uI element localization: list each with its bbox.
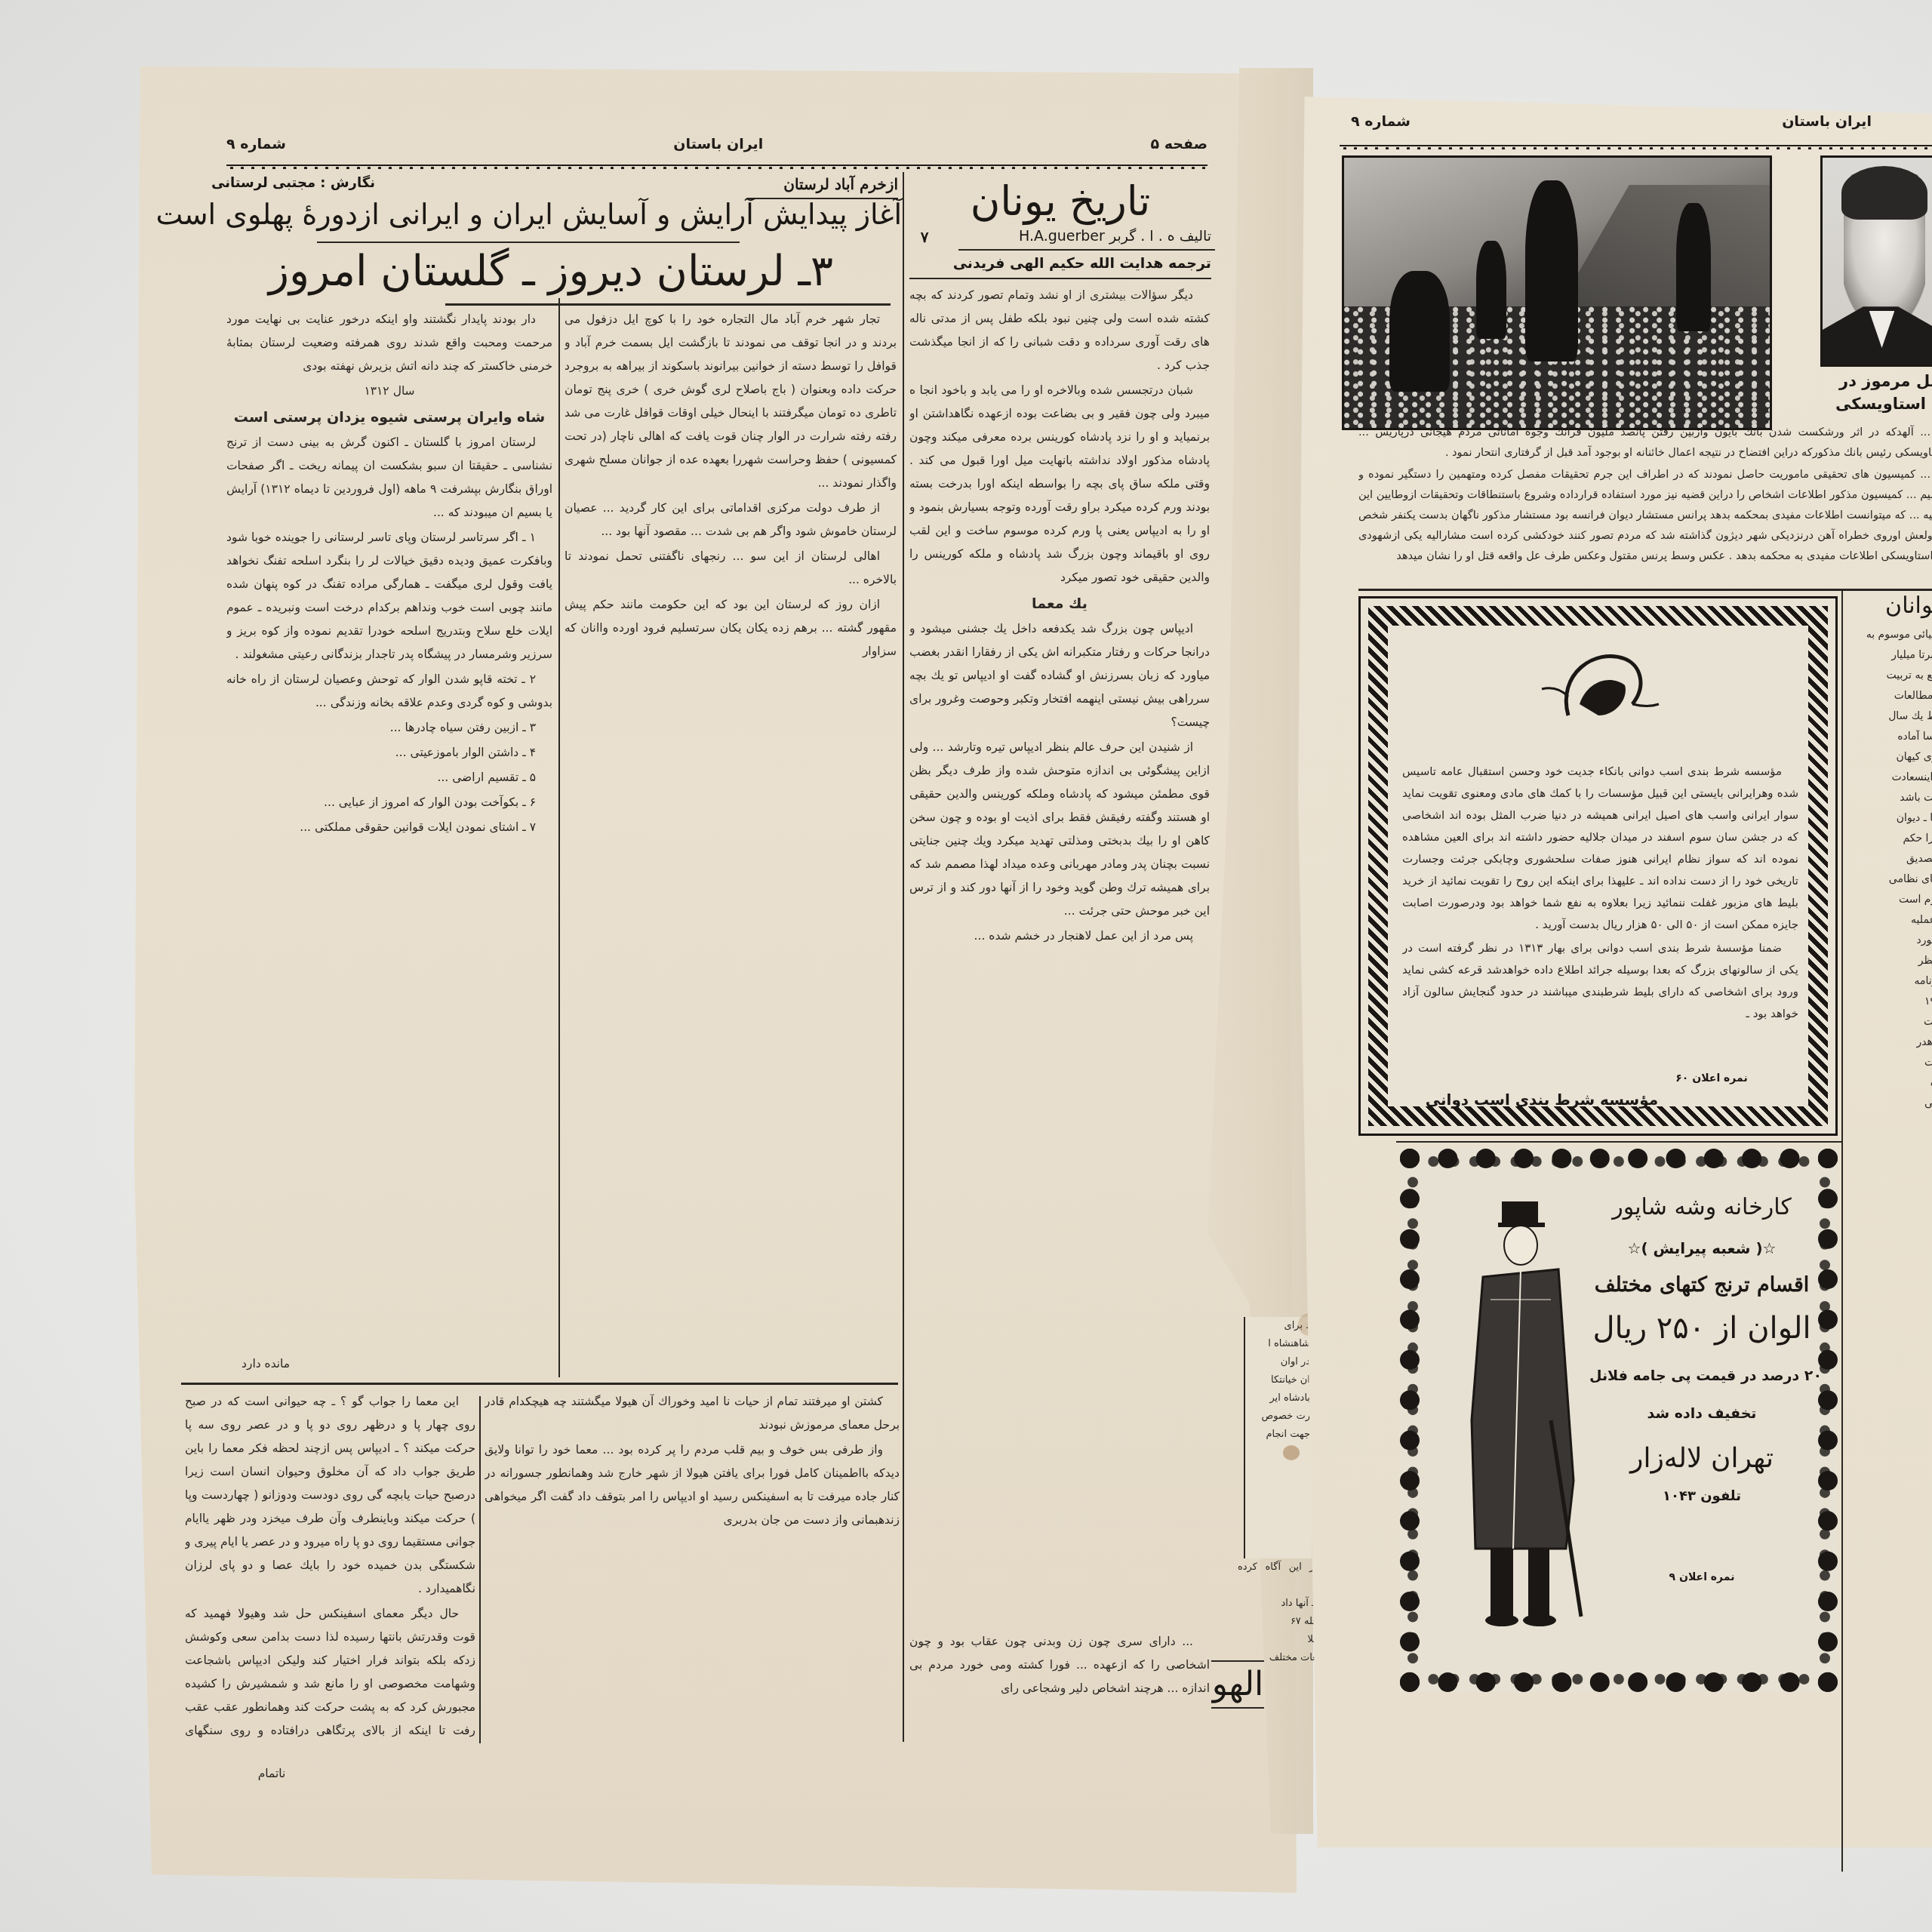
side-line: ایتالیائی موسوم به (1847, 625, 1932, 645)
side-line: فقط یك سال (1847, 706, 1932, 727)
horse-emblem-icon (1534, 644, 1663, 727)
ad-price: الوان از ۲۵۰ ریال (1585, 1311, 1819, 1346)
photo-figure (1525, 180, 1578, 361)
side-column-text: ایتالیائی موسوم به ریوبرتا میلیار راجع ب… (1847, 625, 1932, 1546)
side-line: تازه (1847, 1073, 1932, 1094)
translator-underline (909, 278, 1211, 279)
fragment-line: ان خیانتکا (1245, 1371, 1310, 1389)
lorestan-column-right: تجار شهر خرم آباد مال التجاره خود را با … (565, 308, 897, 1346)
paragraph: ۶ ـ بکوآخت بودن الوار که امروز از عبایی … (226, 791, 552, 814)
ad-number: نمره اعلان ۶۰ (1647, 1072, 1776, 1084)
caption-title-line: به استاویسکی (1796, 392, 1932, 415)
ad-company: کارخانه وشه شاپور (1589, 1194, 1815, 1220)
side-line: برخورد (1847, 931, 1932, 951)
paragraph: ۵ ـ تقسیم اراضی ... (226, 766, 552, 789)
page-header: صفحه ۵ ایران باستان شماره ۹ (226, 136, 1207, 152)
newspaper-name: ایران باستان (673, 136, 763, 152)
side-line: روزنامه (1847, 971, 1932, 992)
section-divider (1358, 589, 1932, 591)
side-line: از عملیه (1847, 910, 1932, 931)
unfinished-note: ناتمام (226, 1762, 317, 1785)
ad-line-1: اقسام ترنج کتهای مختلف (1585, 1273, 1819, 1297)
side-line: وحسا آماده (1847, 727, 1932, 747)
paragraph: شبان درتجسس شده وبالاخره او را می یابد و… (909, 379, 1210, 589)
section-subhead: یك معما (909, 592, 1210, 616)
author: تالیف ه . ا . گربر H.A.guerber (1019, 228, 1211, 245)
ad-phone: تلفون ۱۰۴۳ (1589, 1488, 1815, 1504)
dateline: ازخرم آباد لرستان (747, 175, 898, 193)
ad-line-4: تخفیف داده شد (1589, 1405, 1815, 1422)
paragraph: از طرف دولت مرکزی اقداماتی برای این کار … (565, 497, 897, 543)
header-rule (226, 165, 1207, 169)
page-header-right: ایران باستان شماره ۹ (1351, 113, 1932, 130)
fragment-line: بادشاه ایر (1245, 1389, 1310, 1407)
photo-figure (1476, 241, 1506, 339)
side-line: از نظر (1847, 951, 1932, 971)
paragraph: اهالی لرستان از این سو ... رنجهای ناگفتن… (565, 545, 897, 592)
torn-fragment: د برای شاهنشاه ا در اوان ان خیانتکا بادش… (1244, 1317, 1312, 1558)
paragraph: ضمنا مؤسسهٔ شرط بندی اسب دوانی برای بهار… (1402, 937, 1798, 1025)
paragraph: دیگر سؤالات بیشتری از او نشد وتمام تصور … (909, 284, 1210, 377)
newspaper-name: ایران باستان (1782, 113, 1872, 130)
translator: ترجمه هدایت الله حکیم الهی فریدنی (909, 255, 1211, 272)
caption-title-line: قتل مرموز در (1796, 370, 1932, 392)
paragraph: ادیپاس چون بزرگ شد یکدفعه داخل یك جشنی م… (909, 617, 1210, 734)
side-line: ریکا ـ دیوان (1847, 808, 1932, 829)
ad-tailor: کارخانه وشه شاپور ☆( شعبه پیرایش )☆ اقسا… (1400, 1149, 1838, 1692)
side-line: ازاتی (1847, 1094, 1932, 1114)
side-line: ولازم است (1847, 890, 1932, 910)
header-rule (1340, 145, 1932, 149)
fragment-line: شاهنشاه ا (1245, 1335, 1310, 1353)
side-line: دولت (1847, 1012, 1932, 1032)
paragraph: ۲ ـ تخته قاپو شدن الوار که توحش وعصیان ل… (226, 668, 552, 715)
photo-caption-title: قتل مرموز در به استاویسکی (1796, 370, 1932, 415)
article-kicker: آغاز پیدایش آرایش و آسایش ایران و ایرانی… (196, 198, 902, 231)
paragraph: این معما را جواب گو ؟ ـ چه حیوانی است که… (185, 1390, 475, 1601)
article-title-greece: تاریخ یونان (909, 175, 1211, 228)
paragraph: ۴ ـ داشتن الوار باموزعیتی ... (226, 741, 552, 764)
paragraph: تجار شهر خرم آباد مال التجاره خود را با … (565, 308, 897, 495)
part-number: ۷ (913, 228, 936, 246)
side-column-title: جوانان (1847, 592, 1932, 619)
photo-figure (1389, 271, 1450, 392)
ad-signature: مؤسسه شرط بندی اسب دوانی (1421, 1091, 1663, 1109)
riddle-column: این معما را جواب گو ؟ ـ چه حیوانی است که… (185, 1390, 475, 1737)
paragraph: ... کمیسیون های تحقیقی ماموریت حاصل نمود… (1358, 465, 1932, 567)
man-in-coat-illustration (1460, 1194, 1589, 1632)
article-headline: ۳ـ لرستان دیروز ـ گلستان امروز (211, 245, 891, 298)
section-divider (181, 1383, 898, 1385)
ad-line-3: ۲۰ درصد در قیمت پی جامه فلانل (1585, 1367, 1826, 1384)
paragraph: لرستان امروز با گلستان ـ اکنون گرش به بی… (226, 431, 552, 525)
photo-caption: ... آلهدکه در اثر ورشکست شدن بانك بایون … (1358, 423, 1932, 589)
news-photo-crime-scene (1342, 155, 1772, 430)
ad-horse-body: مؤسسه شرط بندی اسب دوانی بانکاء جدیت خود… (1402, 761, 1798, 1078)
paragraph: مؤسسه شرط بندی اسب دوانی بانکاء جدیت خود… (1402, 761, 1798, 936)
side-line: روزی کیهان (1847, 747, 1932, 768)
portrait-hair (1841, 166, 1927, 220)
paragraph: پس مرد از این عمل لاهنجار در خشم شده ... (909, 924, 1210, 948)
paragraph: از شنیدن این حرف عالم بنظر ادیپاس تیره و… (909, 736, 1210, 923)
fragment-line: رت خصوص (1245, 1407, 1310, 1426)
side-line: ودات (1847, 1053, 1932, 1073)
column-divider (1841, 589, 1843, 1872)
author-line: تالیف ه . ا . گربر H.A.guerber (932, 228, 1211, 245)
greece-column-bottom: ... دارای سری چون زن وبدنی چون عقاب بود … (909, 1630, 1210, 1751)
fragment-line: جهت انجام (1245, 1426, 1310, 1444)
side-line: تدمای نظامی (1847, 869, 1932, 890)
side-line: شدهدر (1847, 1032, 1932, 1053)
paragraph: ۳ ـ ازبین رفتن سیاه چادرها ... (226, 716, 552, 740)
paragraph: ... دارای سری چون زن وبدنی چون عقاب بود … (909, 1630, 1210, 1700)
lorestan-column-left: دار بودند پایدار نگشتند واو اینکه درخور … (226, 308, 552, 1368)
headline-rule (445, 303, 891, 306)
side-line: اخیرا حکم (1847, 829, 1932, 849)
ad-branch: ☆( شعبه پیرایش )☆ (1589, 1239, 1815, 1257)
ad-address: تهران لاله‌زار (1589, 1443, 1815, 1474)
sphinx-column: کشتن او میرفتند تمام از حیات نا امید وخو… (485, 1390, 900, 1737)
issue-number: شماره ۹ (226, 136, 286, 152)
side-line: دولت باشد (1847, 788, 1932, 808)
paragraph: ... آلهدکه در اثر ورشکست شدن بانك بایون … (1358, 423, 1932, 463)
author-underline (958, 249, 1215, 251)
page-number: صفحه ۵ (1151, 136, 1207, 152)
column-divider (903, 172, 904, 1742)
paragraph: ازان روز که لرستان این بود که این حکومت … (565, 593, 897, 663)
column-divider (558, 298, 560, 1377)
paragraph: دار بودند پایدار نگشتند واو اینکه درخور … (226, 308, 552, 378)
paragraph: کشتن او میرفتند تمام از حیات نا امید وخو… (485, 1390, 900, 1437)
paragraph: ۱ ـ اگر سرتاسر لرستان وپای تاسر لرستانی … (226, 526, 552, 666)
side-line: ان مطالعات (1847, 686, 1932, 706)
issue-number: شماره ۹ (1351, 113, 1411, 130)
paragraph: واز طرفی بس خوف و بیم قلب مردم را پر کرد… (485, 1438, 900, 1532)
kicker-underline (317, 241, 740, 243)
date-line: سال ۱۳۱۲ (226, 380, 552, 403)
paragraph: حال دیگر معمای اسفینکس حل شد وهیولا فهمی… (185, 1602, 475, 1737)
photo-figure (1676, 203, 1711, 331)
side-line: ۱۹۳۳ (1847, 992, 1932, 1012)
torn-fragment-text: د برای شاهنشاه ا در اوان ان خیانتکا بادش… (1245, 1317, 1310, 1555)
fragment-line: در اوان (1245, 1353, 1310, 1371)
portrait-photo (1820, 155, 1932, 367)
section-subhead: شاه وایران پرستی شیوه یزدان پرستی است (226, 406, 552, 429)
ad-horse-lottery: مؤسسه شرط بندی اسب دوانی بانکاء جدیت خود… (1358, 596, 1838, 1136)
greece-column: دیگر سؤالات بیشتری از او نشد وتمام تصور … (909, 284, 1210, 1461)
ad-number: نمره اعلان ۹ (1589, 1571, 1815, 1583)
continued-note: مانده دارد (241, 1352, 392, 1375)
side-line: راجع به تربیت (1847, 666, 1932, 686)
paper-stain (1283, 1445, 1300, 1460)
section-divider (1396, 1141, 1841, 1143)
side-line: که اینسعادت (1847, 768, 1932, 788)
side-line: ریوبرتا میلیار (1847, 645, 1932, 666)
masthead-fragment: الهو (1211, 1660, 1264, 1709)
paragraph: ۷ ـ اشتای نمودن ایلات قوانین حقوقی مملکت… (226, 816, 552, 839)
column-divider (479, 1396, 481, 1743)
byline: نگارش : مجتبی لرستانی (211, 175, 438, 191)
side-line: را تصدیق (1847, 849, 1932, 869)
